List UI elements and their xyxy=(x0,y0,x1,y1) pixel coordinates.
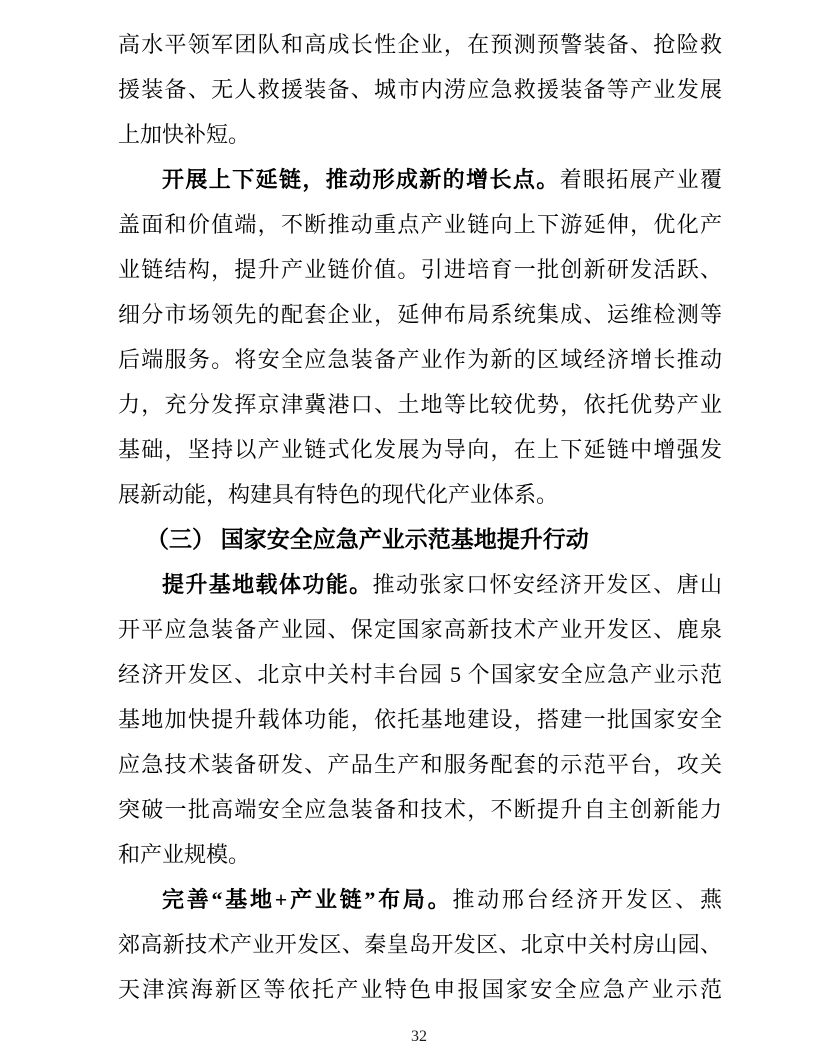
text-run: 盖面和价值端，不断推动重点产业链向上下游延伸，优化产 xyxy=(118,212,722,237)
text-run: 上加快补短。 xyxy=(118,122,250,147)
text-run: 开平应急装备产业园、保定国家高新技术产业开发区、鹿泉 xyxy=(118,617,722,642)
text-run: 细分市场领先的配套企业，延伸布局系统集成、运维检测等 xyxy=(118,302,722,327)
text-run: 天津滨海新区等依托产业特色申报国家安全应急产业示范 xyxy=(118,977,722,1002)
text-line: 基地加快提升载体功能，依托基地建设，搭建一批国家安全 xyxy=(118,697,722,742)
text-run: 基础，坚持以产业链式化发展为导向，在上下延链中增强发 xyxy=(118,437,722,462)
text-line: 郊高新技术产业开发区、秦皇岛开发区、北京中关村房山园、 xyxy=(118,922,722,967)
text-line: 援装备、无人救援装备、城市内涝应急救援装备等产业发展 xyxy=(118,67,722,112)
text-line: 提升基地载体功能。推动张家口怀安经济开发区、唐山 xyxy=(118,562,722,607)
text-run: 和产业规模。 xyxy=(118,842,250,867)
text-run: 郊高新技术产业开发区、秦皇岛开发区、北京中关村房山园、 xyxy=(118,932,722,957)
text-run: 援装备、无人救援装备、城市内涝应急救援装备等产业发展 xyxy=(118,77,722,102)
section-heading: （三） 国家安全应急产业示范基地提升行动 xyxy=(118,517,722,562)
text-line: 经济开发区、北京中关村丰台园 5 个国家安全应急产业示范 xyxy=(118,652,722,697)
text-line: 天津滨海新区等依托产业特色申报国家安全应急产业示范 xyxy=(118,967,722,1012)
text-run: 高水平领军团队和高成长性企业，在预测预警装备、抢险救 xyxy=(118,32,722,57)
text-line: 业链结构，提升产业链价值。引进培育一批创新研发活跃、 xyxy=(118,247,722,292)
page-number: 32 xyxy=(0,1022,838,1052)
text-line: 细分市场领先的配套企业，延伸布局系统集成、运维检测等 xyxy=(118,292,722,337)
bold-text-run: 开展上下延链，推动形成新的增长点。 xyxy=(162,167,560,192)
text-run: 突破一批高端安全应急装备和技术，不断提升自主创新能力 xyxy=(118,797,722,822)
text-line: 上加快补短。 xyxy=(118,112,722,157)
text-line: 应急技术装备研发、产品生产和服务配套的示范平台，攻关 xyxy=(118,742,722,787)
text-run: 应急技术装备研发、产品生产和服务配套的示范平台，攻关 xyxy=(118,752,722,777)
text-line: 盖面和价值端，不断推动重点产业链向上下游延伸，优化产 xyxy=(118,202,722,247)
text-run: 着眼拓展产业覆 xyxy=(560,167,722,192)
text-run: 推动邢台经济开发区、燕 xyxy=(452,887,722,912)
text-line: 突破一批高端安全应急装备和技术，不断提升自主创新能力 xyxy=(118,787,722,832)
text-line: 后端服务。将安全应急装备产业作为新的区域经济增长推动 xyxy=(118,337,722,382)
text-line: 展新动能，构建具有特色的现代化产业体系。 xyxy=(118,472,722,517)
text-line: 和产业规模。 xyxy=(118,832,722,877)
bold-text-run: （三） 国家安全应急产业示范基地提升行动 xyxy=(146,527,589,552)
document-page: 高水平领军团队和高成长性企业，在预测预警装备、抢险救援装备、无人救援装备、城市内… xyxy=(0,0,838,1059)
text-run: 基地加快提升载体功能，依托基地建设，搭建一批国家安全 xyxy=(118,707,722,732)
text-run: 力，充分发挥京津冀港口、土地等比较优势，依托优势产业 xyxy=(118,392,722,417)
bold-text-run: 完善“基地+产业链”布局。 xyxy=(162,887,452,912)
text-line: 力，充分发挥京津冀港口、土地等比较优势，依托优势产业 xyxy=(118,382,722,427)
text-block: 高水平领军团队和高成长性企业，在预测预警装备、抢险救援装备、无人救援装备、城市内… xyxy=(118,22,722,1012)
text-line: 开平应急装备产业园、保定国家高新技术产业开发区、鹿泉 xyxy=(118,607,722,652)
text-run: 后端服务。将安全应急装备产业作为新的区域经济增长推动 xyxy=(118,347,722,372)
text-line: 开展上下延链，推动形成新的增长点。着眼拓展产业覆 xyxy=(118,157,722,202)
text-line: 基础，坚持以产业链式化发展为导向，在上下延链中增强发 xyxy=(118,427,722,472)
text-line: 完善“基地+产业链”布局。推动邢台经济开发区、燕 xyxy=(118,877,722,922)
text-run: 展新动能，构建具有特色的现代化产业体系。 xyxy=(118,482,558,507)
text-run: 业链结构，提升产业链价值。引进培育一批创新研发活跃、 xyxy=(118,257,722,282)
text-run: 经济开发区、北京中关村丰台园 5 个国家安全应急产业示范 xyxy=(118,662,722,687)
bold-text-run: 提升基地载体功能。 xyxy=(162,572,373,597)
text-line: 高水平领军团队和高成长性企业，在预测预警装备、抢险救 xyxy=(118,22,722,67)
text-run: 推动张家口怀安经济开发区、唐山 xyxy=(373,572,722,597)
